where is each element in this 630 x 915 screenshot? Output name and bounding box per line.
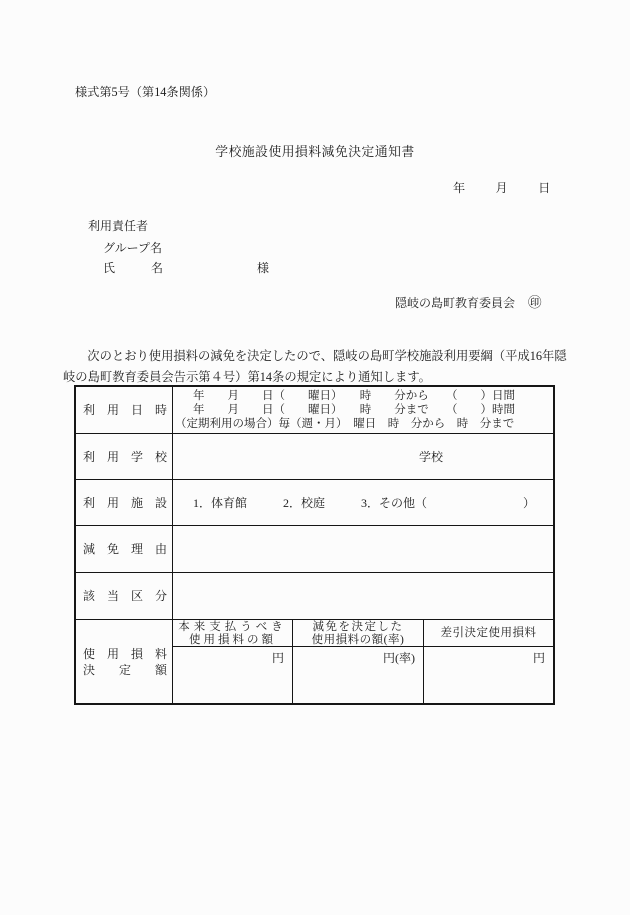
addressee-responsible-label: 利用責任者 [88, 217, 148, 234]
addressee-honorific-label: 様 [257, 259, 269, 276]
row-label-category: 該 当 区 分 [76, 573, 173, 619]
facility-cell: 1．体育館 2．校庭 3．その他（ ） [173, 480, 553, 525]
usage-datetime-cell: 年 月 日（ 曜日） 時 分から （ ）日間 年 月 日（ 曜日） 時 分まで … [173, 387, 553, 433]
date-line: 年 月 日 [453, 179, 552, 196]
fee-columns: 本来支払うべき 使用損料の額 円 減免を決定した 使用損料の額(率) 円(率) … [173, 620, 553, 703]
school-suffix-label: 学校 [173, 448, 553, 465]
table-row-facility: 利 用 施 設 1．体育館 2．校庭 3．その他（ ） [76, 479, 553, 525]
table-row-usage-datetime: 利 用 日 時 年 月 日（ 曜日） 時 分から （ ）日間 年 月 日（ 曜日… [76, 387, 553, 433]
fee-col-net: 差引決定使用損料 円 [424, 620, 553, 703]
row-label-facility: 利 用 施 設 [76, 480, 173, 525]
category-cell [173, 573, 553, 619]
notice-table: 利 用 日 時 年 月 日（ 曜日） 時 分から （ ）日間 年 月 日（ 曜日… [74, 385, 555, 705]
fee-col-reduced: 減免を決定した 使用損料の額(率) 円(率) [293, 620, 424, 703]
fee-col-payable: 本来支払うべき 使用損料の額 円 [173, 620, 293, 703]
fee-reduced-unit: 円(率) [293, 647, 423, 703]
table-row-reason: 減 免 理 由 [76, 525, 553, 572]
table-row-category: 該 当 区 分 [76, 572, 553, 619]
seal-icon: ㊞ [528, 295, 542, 310]
issuer-name: 隠岐の島町教育委員会 [395, 296, 515, 310]
fee-col-payable-header: 本来支払うべき 使用損料の額 [173, 620, 292, 647]
addressee-group-label: グループ名 [103, 239, 162, 256]
form-number-label: 様式第5号（第14条関係） [75, 83, 215, 100]
school-cell: 学校 [173, 434, 553, 479]
row-label-reason: 減 免 理 由 [76, 526, 173, 572]
fee-col-reduced-header: 減免を決定した 使用損料の額(率) [293, 620, 423, 647]
table-row-fee-decision: 使 用 損 料 決 定 額 本来支払うべき 使用損料の額 円 減免を決定した 使… [76, 619, 553, 703]
row-label-fee-decision: 使 用 損 料 決 定 額 [76, 620, 173, 703]
addressee-name-label: 氏 名 [103, 259, 163, 276]
fee-col-net-header: 差引決定使用損料 [424, 620, 553, 647]
row-label-usage-datetime: 利 用 日 時 [76, 387, 173, 433]
datetime-to-line: 年 月 日（ 曜日） 時 分まで （ ）時間 [173, 403, 553, 417]
body-line-1: 次のとおり使用損料の減免を決定したので、隠岐の島町学校施設利用要綱（平成16年隠 [63, 346, 561, 367]
fee-payable-unit: 円 [173, 647, 292, 703]
table-row-school: 利 用 学 校 学校 [76, 433, 553, 479]
datetime-regular-line: （定期利用の場合）毎（週・月） 曜日 時 分から 時 分まで [173, 417, 553, 431]
page-title: 学校施設使用損料減免決定通知書 [0, 141, 630, 160]
document-page: 様式第5号（第14条関係） 学校施設使用損料減免決定通知書 年 月 日 利用責任… [0, 0, 630, 915]
body-paragraph: 次のとおり使用損料の減免を決定したので、隠岐の島町学校施設利用要綱（平成16年隠… [63, 346, 561, 388]
facility-options: 1．体育館 2．校庭 3．その他（ ） [173, 494, 553, 511]
issuer-line: 隠岐の島町教育委員会㊞ [395, 291, 542, 311]
datetime-from-line: 年 月 日（ 曜日） 時 分から （ ）日間 [173, 389, 553, 403]
fee-net-unit: 円 [424, 647, 553, 703]
reason-cell [173, 526, 553, 572]
row-label-school: 利 用 学 校 [76, 434, 173, 479]
